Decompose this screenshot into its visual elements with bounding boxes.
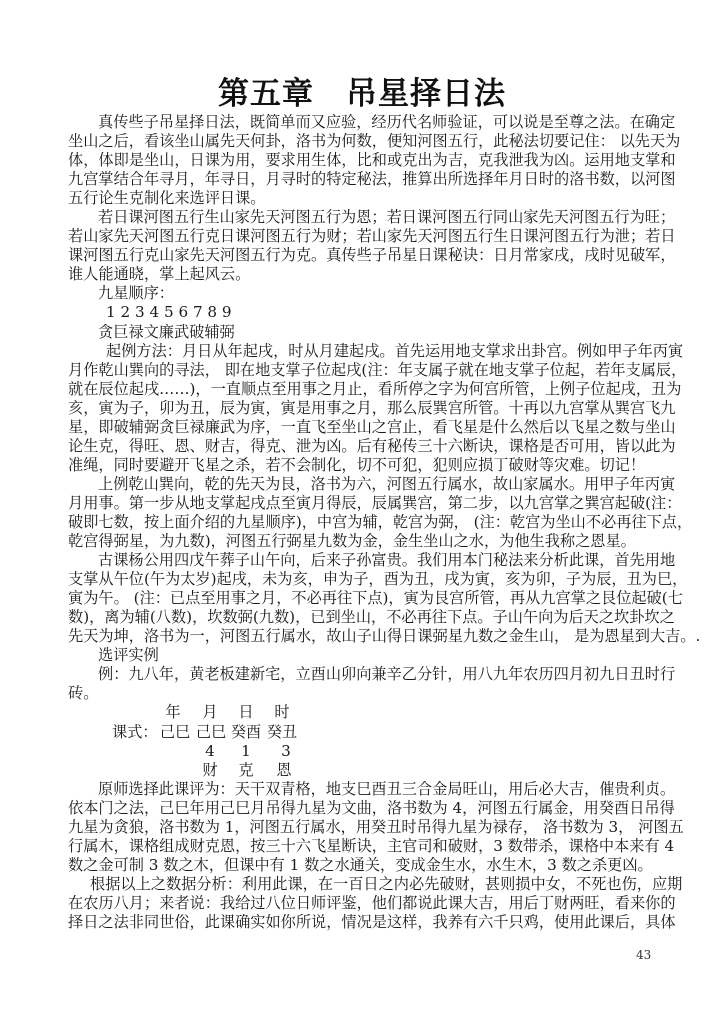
paragraph-line: 上例乾山巽向，乾的先天为艮，洛书为六，河图五行属水，故山家属水。用甲子年丙寅 [68,475,652,494]
number-month: 4 [192,742,228,761]
header-month: 月 [192,703,228,722]
paragraph-line: 择日之法非同世俗，此课确实如你所说，情况是这样，我养有六千只鸡，使用此课后，具体 [68,913,652,932]
paragraph-line: 起例方法：月日从年起戌，时从月建起戌。首先运用地支掌求出卦宫。例如甲子年丙寅 [68,342,652,361]
paragraph-line: 寅为午。 (注：已点至用事之月，不必再往下点)，寅为艮宫所管，再从九宫掌之艮位起… [68,589,652,608]
body-text: 真传些子吊星择日法，既简单而又应验，经历代名师验证，可以说是至尊之法。在确定 坐… [68,113,652,932]
paragraph-line: 先天为坤，洛书为一，河图五行属水，故山子山得日课弼星九数之金生山， 是为恩星到大… [68,627,652,646]
pillar-month: 己巳 [193,723,229,742]
paragraph-line: 在农历八月；来者说：我给过八位日师评鉴，他们都说此课大吉，用后丁财两旺，看来你的 [68,894,652,913]
ke-label: 课式： [112,723,158,742]
paragraph-line: 月用事。第一步从地支掌起戌点至寅月得辰，辰属巽宫，第二步，以九宫掌之巽宫起破(注… [68,494,652,513]
paragraph-line: 原师选择此课评为：天干双青格，地支巳酉丑三合金局旺山，用后必大吉，催贵利贞。 [68,780,652,799]
paragraph-line: 谁人能通晓，掌上起风云。 [68,265,652,284]
ke-shi-table: 年 月 日 时 课式： 己巳 己巳 癸酉 癸丑 4 1 3 财 克 恩 [68,703,652,779]
number-day: 1 [228,742,264,761]
paragraph-line: 五行论生克制化来选评日课。 [68,189,652,208]
paragraph-line: 准绳，同时要避开飞星之杀，若不会制化，切不可犯，犯则应损丁破财等灾难。切记！ [68,456,652,475]
paragraph-line: 乾宫得弼星，为九数)，河图五行弼星九数为金，金生坐山之水，为他生我称之恩星。 [68,532,652,551]
paragraph-line: 数之金可制 3 数之木，但课中有 1 数之水通关，变成金生水，水生木，3 数之杀… [68,856,652,875]
paragraph-line: 破即七数，按上面介绍的九星顺序)，中宫为辅，乾宫为弼， (注：乾宫为坐山不必再往… [68,513,652,532]
header-year: 年 [155,703,191,722]
paragraph-line: 九星为贪狼，洛书数为 1，河图五行属水，用癸丑时吊得九星为禄存， 洛书数为 3，… [68,818,652,837]
paragraph-line: 课河图五行克山家先天河图五行为克。真传些子吊星日课秘诀：日月常家戌，戌时见破军， [68,246,652,265]
header-day: 日 [228,703,264,722]
verdict-day: 克 [228,761,264,780]
verdict-hour: 恩 [266,761,302,780]
paragraph-line: 体，体即是坐山，日课为用，要求用生体，比和或克出为吉，克我泄我为凶。运用地支掌和 [68,151,652,170]
nine-stars-heading: 九星顺序： [68,284,652,303]
paragraph-line: 依本门之法，己巳年用己巳月吊得九星为文曲，洛书数为 4，河图五行属金，用癸酉日吊… [68,799,652,818]
pillar-hour: 癸丑 [264,723,300,742]
verdict-month: 财 [192,761,228,780]
paragraph-line: 九宫掌结合年寻月，年寻日，月寻时的特定秘法，推算出所选择年月日时的洛书数，以河图 [68,170,652,189]
number-hour: 3 [268,742,304,761]
pillar-day: 癸酉 [228,723,264,742]
paragraph-line: 根据以上之数据分析：利用此课，在一百日之内必先破财，甚则损中女，不死也伤，应期 [68,875,652,894]
paragraph-line: 若日课河图五行生山家先天河图五行为恩；若日课河图五行同山家先天河图五行为旺； [68,208,652,227]
header-hour: 时 [264,703,300,722]
paragraph-line: 古课杨公用四戊午葬子山午向，后来子孙富贵。我们用本门秘法来分析此课，首先用地 [68,551,652,570]
chapter-title: 第五章 吊星择日法 [0,76,724,112]
paragraph-line: 数)，离为辅(八数)，坎数弼(九数)，已到坐山，不必再往下点。子山午向为后天之坎… [68,608,652,627]
nine-stars-numbers: 1 2 3 4 5 6 7 8 9 [68,303,652,322]
paragraph-line: 若山家先天河图五行克日课河图五行为财；若山家先天河图五行生日课河图五行为泄；若日 [68,227,652,246]
paragraph-line: 坐山之后，看该坐山属先天何卦，洛书为何数，便知河图五行，此秘法切要记住： 以先天… [68,132,652,151]
page-number: 43 [636,948,651,962]
section-heading-example: 选评实例 [68,646,652,665]
document-page: 第五章 吊星择日法 真传些子吊星择日法，既简单而又应验，经历代名师验证，可以说是… [0,0,724,1024]
paragraph-line: 砖。 [68,684,652,703]
paragraph-line: 行属木，课格组成财克恩，按三十六飞星断诀，主官司和破财，3 数带杀，课格中本来有… [68,837,652,856]
paragraph-line: 真传些子吊星择日法，既简单而又应验，经历代名师验证，可以说是至尊之法。在确定 [68,113,652,132]
paragraph-line: 星，即破辅弼贪巨禄廉武为序，一直飞至坐山之宫止，看飞星是什么然后以飞星之数与坐山 [68,418,652,437]
paragraph-line: 就在辰位起戌……)，一直顺点至用事之月止，看所停之字为何宫所管，上例子位起戌，丑… [68,380,652,399]
pillar-year: 己巳 [157,723,193,742]
paragraph-line: 论生克，得旺、恩、财吉，得克、泄为凶。后有秘传三十六断诀，课格是否可用，皆以此为 [68,437,652,456]
paragraph-line: 亥，寅为子，卯为丑，辰为寅，寅是用事之月，那么辰巽宫所管。十再以九宫掌从巽宫飞九 [68,399,652,418]
nine-stars-names: 贪巨禄文廉武破辅弼 [68,323,652,342]
paragraph-line: 月作乾山巽向的寻法， 即在地支掌子位起戌(注：年支属子就在地支掌子位起，若年支属… [68,361,652,380]
paragraph-line: 支掌从午位(午为太岁)起戌，未为亥，申为子，酉为丑，戌为寅，亥为卯，子为辰，丑为… [68,570,652,589]
paragraph-line: 例：九八年，黄老板建新宅，立酉山卯向兼辛乙分针，用八九年农历四月初九日丑时行 [68,665,652,684]
